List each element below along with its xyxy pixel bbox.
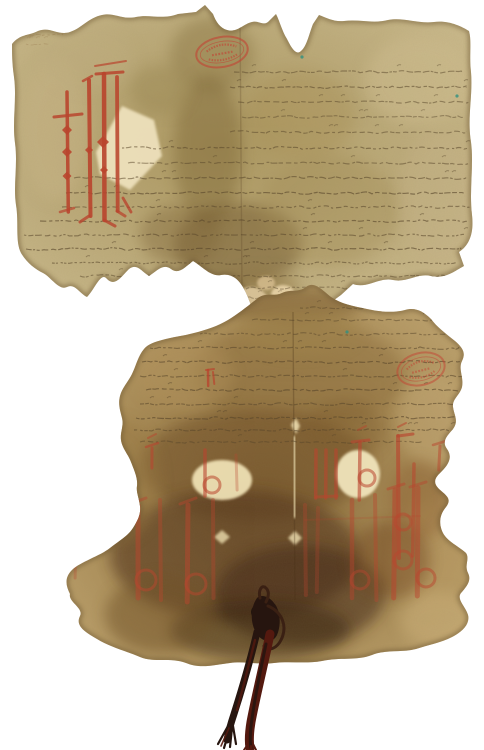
ink-speck xyxy=(345,330,348,333)
red-stroke xyxy=(213,372,214,384)
superscript-mark xyxy=(423,313,427,314)
red-stroke xyxy=(439,446,440,470)
superscript-mark xyxy=(165,291,169,292)
red-stroke xyxy=(375,495,376,600)
red-stroke xyxy=(213,500,214,598)
ink-speck xyxy=(300,55,303,58)
red-stroke xyxy=(117,77,118,211)
red-stroke xyxy=(398,436,399,558)
cord-tassel xyxy=(218,726,236,748)
red-bar xyxy=(316,496,337,497)
red-bar xyxy=(352,440,369,442)
superscript-mark xyxy=(45,28,49,29)
tear-slit xyxy=(294,436,295,518)
red-bar xyxy=(206,369,214,370)
superscript-mark xyxy=(403,301,407,302)
photo-canvas xyxy=(0,0,484,750)
repair-patch xyxy=(257,276,275,290)
red-stroke xyxy=(317,508,318,592)
red-bar xyxy=(398,434,413,436)
superscript-mark xyxy=(188,269,192,270)
charter-photograph xyxy=(0,0,484,750)
red-stroke xyxy=(75,540,76,578)
repair-patch xyxy=(192,460,252,500)
red-bar xyxy=(96,72,123,74)
ink-speck xyxy=(455,94,458,97)
superscript-mark xyxy=(45,28,49,29)
red-stroke xyxy=(413,464,414,556)
red-stroke xyxy=(160,500,161,600)
superscript-mark xyxy=(219,281,223,282)
red-stroke xyxy=(104,74,105,220)
red-stroke xyxy=(359,442,360,500)
superscript-mark xyxy=(401,301,405,302)
superscript-mark xyxy=(127,281,131,282)
superscript-mark xyxy=(442,327,446,328)
superscript-mark xyxy=(441,327,445,328)
red-stroke xyxy=(394,490,395,598)
red-stroke xyxy=(236,455,237,490)
red-stroke xyxy=(305,505,306,595)
